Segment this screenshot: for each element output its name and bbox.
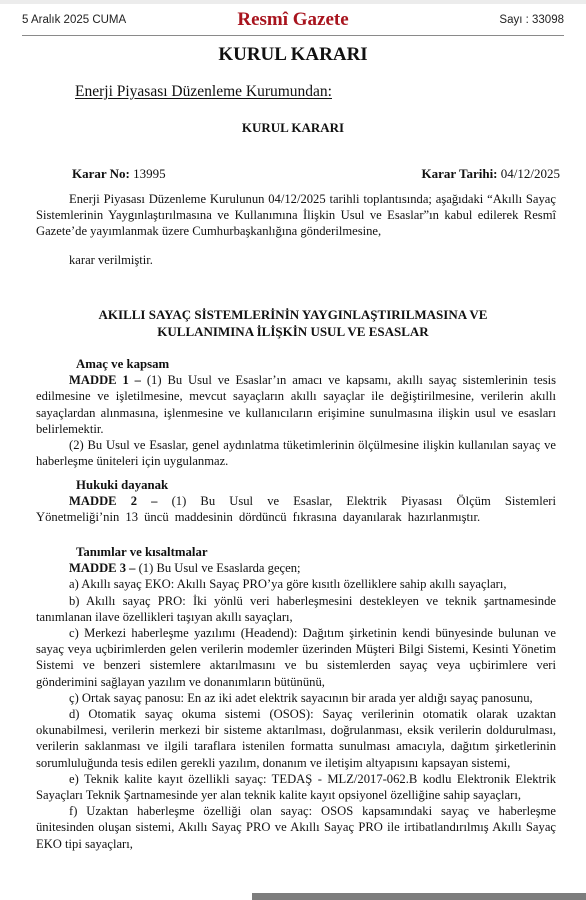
bottom-scroll-bar[interactable]: [252, 893, 586, 900]
gazette-header: 5 Aralık 2025 CUMA Resmî Gazete Sayı : 3…: [22, 6, 564, 36]
decision-title: KURUL KARARI: [0, 120, 586, 136]
decision-date-value: 04/12/2025: [498, 166, 560, 181]
regulation-title-line-1: AKILLI SAYAÇ SİSTEMLERİNİN YAYGINLAŞTIRI…: [0, 306, 586, 323]
definition-item-cc: ç) Ortak sayaç panosu: En az iki adet el…: [36, 690, 556, 706]
issue-number: Sayı : 33098: [499, 14, 564, 26]
definition-item-c: c) Merkezi haberleşme yazılımı (Headend)…: [36, 625, 556, 690]
section-heading: Tanımlar ve kısaltmalar: [36, 544, 556, 560]
definition-item-b: b) Akıllı sayaç PRO: İki yönlü veri habe…: [36, 593, 556, 625]
top-strip: [0, 0, 586, 4]
decision-number-value: 13995: [130, 166, 166, 181]
article-label: MADDE 2 –: [69, 494, 157, 508]
section-title: KURUL KARARI: [0, 44, 586, 66]
section-hukuki-dayanak: Hukuki dayanak MADDE 2 – (1) Bu Usul ve …: [36, 477, 556, 526]
article-label: MADDE 1 –: [69, 373, 141, 387]
article-paragraph: MADDE 1 – (1) Bu Usul ve Esaslar’ın amac…: [36, 372, 556, 437]
section-heading: Amaç ve kapsam: [36, 356, 556, 372]
article-paragraph: MADDE 3 – (1) Bu Usul ve Esaslarda geçen…: [36, 560, 556, 576]
intro-closing: karar verilmiştir.: [36, 252, 556, 268]
section-tanimlar: Tanımlar ve kısaltmalar MADDE 3 – (1) Bu…: [36, 544, 556, 852]
section-amac-ve-kapsam: Amaç ve kapsam MADDE 1 – (1) Bu Usul ve …: [36, 356, 556, 469]
definition-item-d: d) Otomatik sayaç okuma sistemi (OSOS): …: [36, 706, 556, 771]
decision-number: Karar No: 13995: [72, 166, 166, 182]
definition-item-f: f) Uzaktan haberleşme özelliği olan saya…: [36, 803, 556, 852]
intro-block: Enerji Piyasası Düzenleme Kurulunun 04/1…: [36, 191, 556, 268]
decision-date: Karar Tarihi: 04/12/2025: [422, 166, 560, 182]
decision-number-label: Karar No:: [72, 166, 130, 181]
gazette-title: Resmî Gazete: [22, 9, 564, 31]
regulation-title-line-2: KULLANIMINA İLİŞKİN USUL VE ESASLAR: [0, 323, 586, 340]
intro-paragraph: Enerji Piyasası Düzenleme Kurulunun 04/1…: [36, 191, 556, 240]
agency-name: Enerji Piyasası Düzenleme Kurumundan:: [75, 83, 332, 101]
decision-date-label: Karar Tarihi:: [422, 166, 498, 181]
section-heading: Hukuki dayanak: [36, 477, 556, 493]
definition-item-e: e) Teknik kalite kayıt özellikli sayaç: …: [36, 771, 556, 803]
article-paragraph: (2) Bu Usul ve Esaslar, genel aydınlatma…: [36, 437, 556, 469]
article-label: MADDE 3 –: [69, 561, 135, 575]
definition-item-a: a) Akıllı sayaç EKO: Akıllı Sayaç PRO’ya…: [36, 576, 556, 592]
article-paragraph: MADDE 2 – (1) Bu Usul ve Esaslar, Elektr…: [36, 493, 556, 525]
regulation-title: AKILLI SAYAÇ SİSTEMLERİNİN YAYGINLAŞTIRI…: [0, 306, 586, 340]
